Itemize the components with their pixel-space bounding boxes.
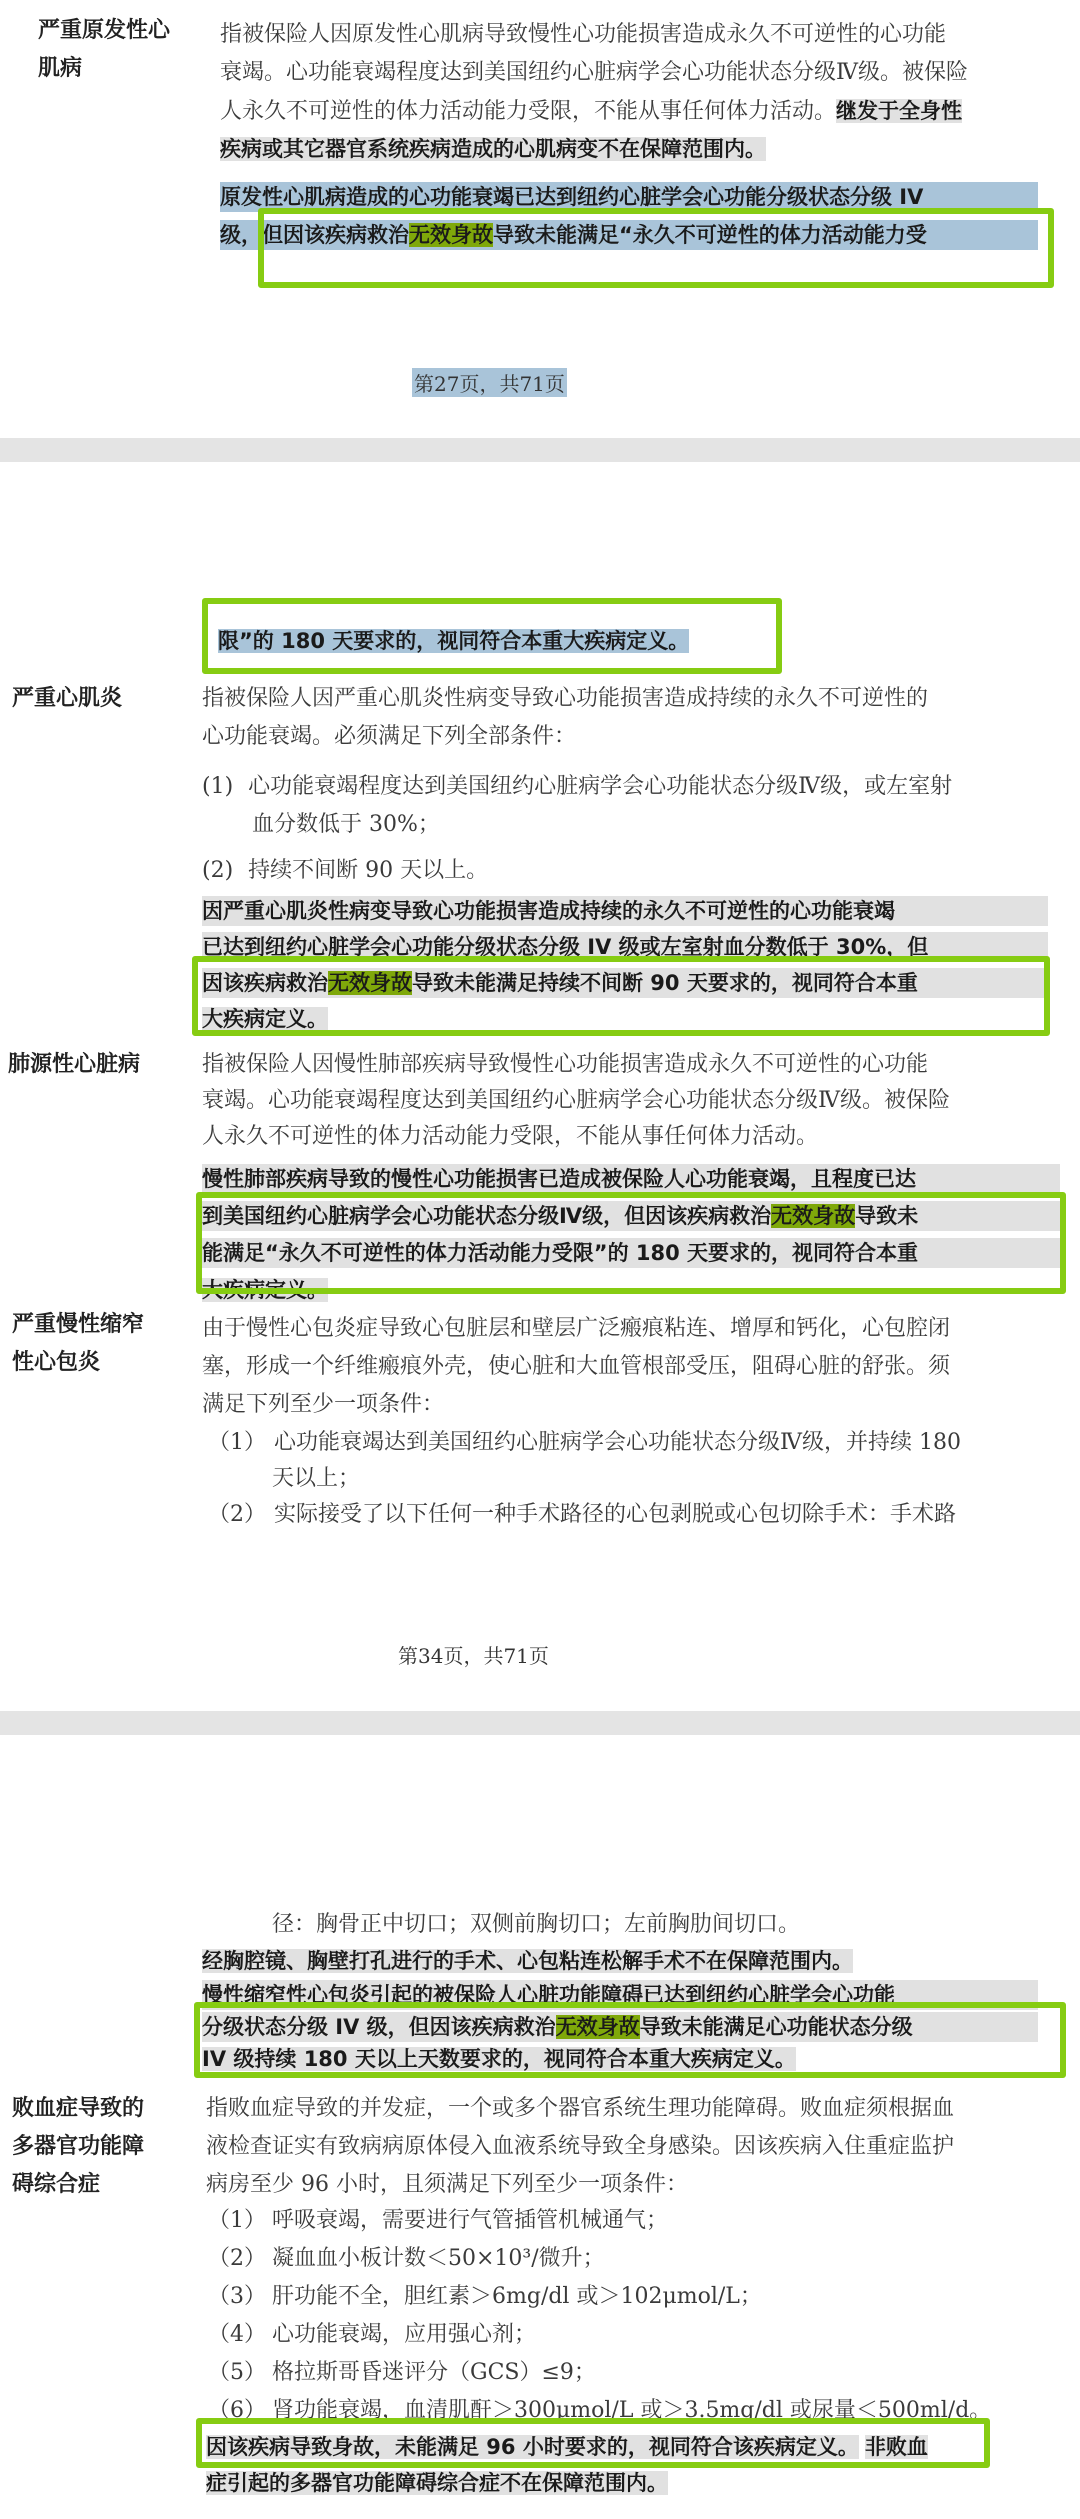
term-line: 肌病	[38, 50, 170, 88]
list-item-cont: 血分数低于 30%；	[252, 810, 440, 840]
term-cor-pulmonale: 肺源性心脏病	[8, 1046, 140, 1084]
page-footer: 第34页，共71页	[398, 1640, 549, 1669]
item-number: （2）	[208, 1502, 266, 1527]
body-line: 指败血症导致的并发症，一个或多个器官系统生理功能障碍。败血症须根据血	[206, 2094, 954, 2124]
page-footer: 第27页，共71页	[412, 368, 567, 397]
item-text: 实际接受了以下任何一种手术路径的心包剥脱或心包切除手术：手术路	[274, 1502, 956, 1527]
term-line: 性心包炎	[12, 1344, 144, 1382]
annotation-box	[192, 956, 1050, 1036]
annotation-box	[196, 1192, 1066, 1294]
annotation-box	[258, 208, 1054, 288]
item-text: 持续不间断 90 天以上。	[248, 858, 488, 883]
continuation-line: 限”的 180 天要求的，视同符合本重大疾病定义。	[218, 626, 689, 656]
item-number: （1）	[208, 2208, 266, 2233]
exclusion-line: 症引起的多器官功能障碍综合症不在保障范围内。	[206, 2468, 668, 2498]
item-text: 心功能衰竭达到美国纽约心脏病学会心功能状态分级Ⅳ级，并持续 180	[274, 1430, 961, 1455]
body-line: 液检查证实有致病病原体侵入血液系统导致全身感染。因该疾病入住重症监护	[206, 2132, 954, 2162]
exclusion-text: 继发于全身性	[836, 99, 962, 123]
list-item: （2）凝血血小板计数＜50×10³/微升；	[208, 2244, 605, 2274]
item-text: 呼吸衰竭，需要进行气管插管机械通气；	[272, 2208, 668, 2233]
body-line: 衰竭。心功能衰竭程度达到美国纽约心脏病学会心功能状态分级Ⅳ级。被保险	[220, 58, 968, 88]
body-line: 由于慢性心包炎症导致心包脏层和壁层广泛瘢痕粘连、增厚和钙化，心包腔闭	[202, 1314, 950, 1344]
exclusion-text: 疾病或其它器官系统疾病造成的心肌病变不在保障范围内。	[220, 137, 766, 161]
exclusion-text: 经胸腔镜、胸壁打孔进行的手术、心包粘连松解手术不在保障范围内。	[202, 1949, 853, 1973]
exclusion-line: 经胸腔镜、胸壁打孔进行的手术、心包粘连松解手术不在保障范围内。	[202, 1946, 853, 1976]
body-line: 指被保险人因慢性肺部疾病导致慢性心功能损害造成永久不可逆性的心功能	[202, 1050, 928, 1080]
body-line: 人永久不可逆性的体力活动能力受限，不能从事任何体力活动。	[202, 1122, 818, 1152]
body-line: 病房至少 96 小时，且须满足下列至少一项条件：	[206, 2170, 688, 2200]
annotation-box	[196, 2418, 990, 2468]
item-number: （5）	[208, 2360, 266, 2385]
list-item: （1）心功能衰竭达到美国纽约心脏病学会心功能状态分级Ⅳ级，并持续 180	[208, 1428, 961, 1458]
item-number: （1）	[208, 1430, 266, 1455]
term-severe-myocarditis: 严重心肌炎	[12, 680, 122, 718]
list-item: (2) 持续不间断 90 天以上。	[202, 856, 488, 886]
item-number: (1)	[202, 774, 233, 799]
term-primary-cardiomyopathy: 严重原发性心 肌病	[38, 12, 170, 88]
note-line: 因严重心肌炎性病变导致心功能损害造成持续的永久不可逆性的心功能衰竭	[202, 896, 1048, 926]
note-text: 因严重心肌炎性病变导致心功能损害造成持续的永久不可逆性的心功能衰竭	[202, 896, 1048, 926]
term-line: 碍综合症	[12, 2166, 144, 2204]
page-gap	[0, 438, 1080, 462]
body-text: 人永久不可逆性的体力活动能力受限，不能从事任何体力活动。	[220, 99, 836, 124]
term-line: 严重原发性心	[38, 12, 170, 50]
item-text: 格拉斯哥昏迷评分（GCS）≤9；	[272, 2360, 596, 2385]
term-line: 败血症导致的	[12, 2090, 144, 2128]
term-sepsis-mods: 败血症导致的 多器官功能障 碍综合症	[12, 2090, 144, 2204]
body-line: 疾病或其它器官系统疾病造成的心肌病变不在保障范围内。	[220, 134, 766, 165]
item-text: 肝功能不全，胆红素＞6mg/dl 或＞102μmol/L；	[272, 2284, 762, 2309]
list-item: （3）肝功能不全，胆红素＞6mg/dl 或＞102μmol/L；	[208, 2282, 762, 2312]
note-text: 慢性肺部疾病导致的慢性心功能损害已造成被保险人心功能衰竭，且程度已达	[202, 1164, 1060, 1194]
note-line: 慢性肺部疾病导致的慢性心功能损害已造成被保险人心功能衰竭，且程度已达	[202, 1164, 1060, 1194]
body-line: 塞，形成一个纤维瘢痕外壳，使心脏和大血管根部受压，阻碍心脏的舒张。须	[202, 1352, 950, 1382]
body-line: 心功能衰竭。必须满足下列全部条件：	[202, 722, 576, 752]
continuation-line: 径：胸骨正中切口；双侧前胸切口；左前胸肋间切口。	[272, 1910, 800, 1940]
page-gap	[0, 1711, 1080, 1735]
term-constrictive-pericarditis: 严重慢性缩窄 性心包炎	[12, 1306, 144, 1382]
body-line: 指被保险人因原发性心肌病导致慢性心功能损害造成永久不可逆性的心功能	[220, 20, 946, 50]
list-item: （4）心功能衰竭，应用强心剂；	[208, 2320, 536, 2350]
item-text: 心功能衰竭，应用强心剂；	[272, 2322, 536, 2347]
list-item: （2）实际接受了以下任何一种手术路径的心包剥脱或心包切除手术：手术路	[208, 1500, 956, 1530]
body-line: 指被保险人因严重心肌炎性病变导致心功能损害造成持续的永久不可逆性的	[202, 684, 928, 714]
body-line: 满足下列至少一项条件：	[202, 1390, 444, 1420]
list-item: （5）格拉斯哥昏迷评分（GCS）≤9；	[208, 2358, 596, 2388]
item-number: （4）	[208, 2322, 266, 2347]
item-number: （2）	[208, 2246, 266, 2271]
body-line: 衰竭。心功能衰竭程度达到美国纽约心脏病学会心功能状态分级Ⅳ级。被保险	[202, 1086, 950, 1116]
annotation-box	[194, 2002, 1066, 2078]
body-line: 人永久不可逆性的体力活动能力受限，不能从事任何体力活动。继发于全身性	[220, 96, 962, 127]
term-line: 严重慢性缩窄	[12, 1306, 144, 1344]
list-item-cont: 天以上；	[272, 1464, 360, 1494]
selected-text[interactable]: 限”的 180 天要求的，视同符合本重大疾病定义。	[218, 629, 689, 653]
item-text: 凝血血小板计数＜50×10³/微升；	[272, 2246, 605, 2271]
exclusion-text: 症引起的多器官功能障碍综合症不在保障范围内。	[206, 2471, 668, 2495]
item-text: 心功能衰竭程度达到美国纽约心脏病学会心功能状态分级Ⅳ级，或左室射	[248, 774, 952, 799]
item-number: （3）	[208, 2284, 266, 2309]
list-item: (1) 心功能衰竭程度达到美国纽约心脏病学会心功能状态分级Ⅳ级，或左室射	[202, 772, 952, 802]
item-number: (2)	[202, 858, 233, 883]
term-line: 多器官功能障	[12, 2128, 144, 2166]
list-item: （1）呼吸衰竭，需要进行气管插管机械通气；	[208, 2206, 668, 2236]
